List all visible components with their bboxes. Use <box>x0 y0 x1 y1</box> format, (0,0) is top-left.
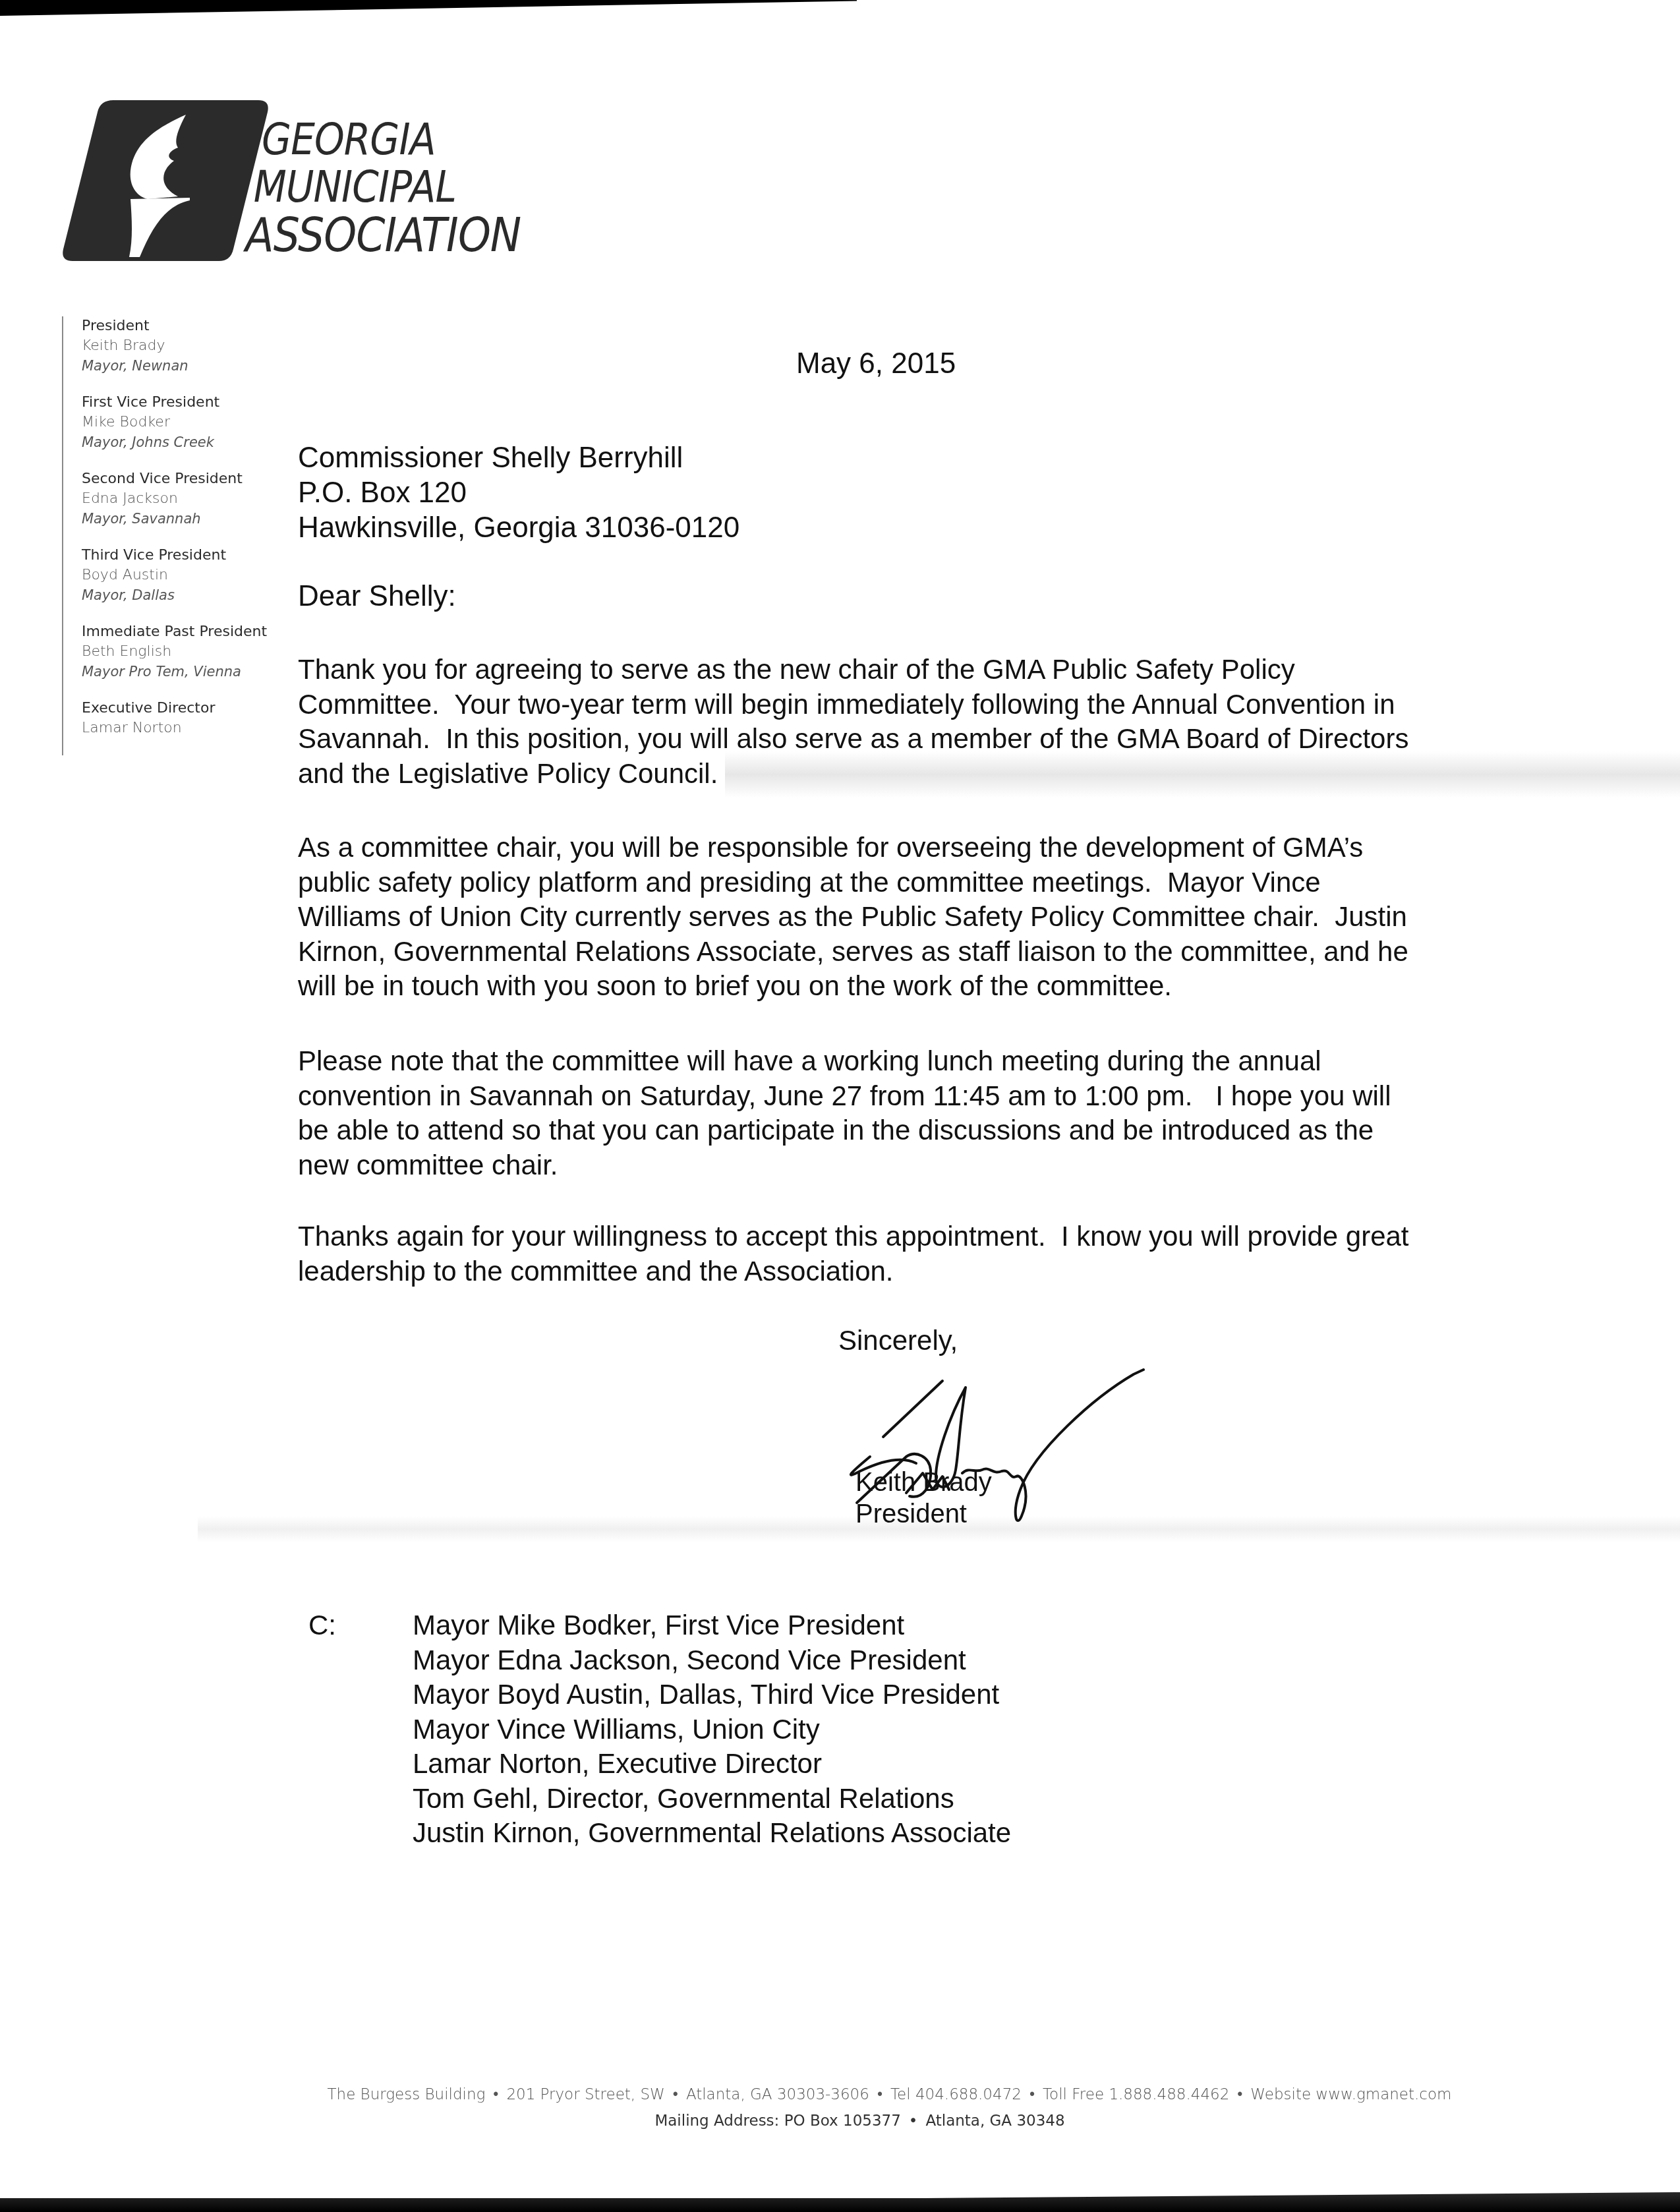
paragraph-line: Please note that the committee will have… <box>298 1044 1524 1079</box>
officer-name: Boyd Austin <box>82 566 306 585</box>
footer-street: 201 Pryor Street, SW <box>506 2086 664 2103</box>
footer-address-line: The Burgess Building•201 Pryor Street, S… <box>99 2081 1680 2108</box>
bullet-separator: • <box>1237 2086 1242 2103</box>
paragraph-line: be able to attend so that you can partic… <box>298 1113 1524 1148</box>
footer-phone: Tel 404.688.0472 <box>890 2086 1022 2103</box>
org-name-line: GEORGIA <box>262 116 521 163</box>
gma-logo: GEORGIA MUNICIPAL ASSOCIATION <box>61 100 548 265</box>
officer-title: Immediate Past President <box>82 622 306 642</box>
body-paragraph: Thanks again for your willingness to acc… <box>298 1219 1524 1289</box>
paragraph-line: convention in Savannah on Saturday, June… <box>298 1079 1524 1114</box>
cc-recipient: Mayor Boyd Austin, Dallas, Third Vice Pr… <box>413 1677 1011 1712</box>
officer-office: Mayor, Dallas <box>82 585 306 605</box>
paragraph-line: Committee. Your two-year term will begin… <box>298 687 1524 722</box>
letter-date: May 6, 2015 <box>796 347 956 380</box>
bullet-separator: • <box>909 2112 918 2130</box>
footer-mailing-city: Atlanta, GA 30348 <box>925 2112 1064 2130</box>
footer-website: Website www.gmanet.com <box>1250 2086 1451 2103</box>
officer-office: Mayor Pro Tem, Vienna <box>82 662 306 682</box>
torch-icon <box>61 100 272 265</box>
org-name-line: ASSOCIATION <box>245 211 521 258</box>
paragraph-line: Savannah. In this position, you will als… <box>298 722 1524 757</box>
paragraph-line: leadership to the committee and the Asso… <box>298 1254 1524 1289</box>
officer-name: Beth English <box>82 642 306 662</box>
officer-entry: First Vice President Mike Bodker Mayor, … <box>82 393 306 452</box>
cc-label: C: <box>308 1608 336 1643</box>
officer-office: Mayor, Newnan <box>82 356 306 376</box>
body-paragraph: Thank you for agreeing to serve as the n… <box>298 653 1524 791</box>
paragraph-line: and the Legislative Policy Council. <box>298 757 1524 792</box>
salutation: Dear Shelly: <box>298 580 456 613</box>
paragraph-line: Kirnon, Governmental Relations Associate… <box>298 935 1524 970</box>
footer-mailing-line: Mailing Address: PO Box 105377•Atlanta, … <box>40 2108 1680 2134</box>
body-paragraph: As a committee chair, you will be respon… <box>298 830 1524 1004</box>
cc-recipient: Mayor Edna Jackson, Second Vice Presiden… <box>413 1643 1011 1678</box>
recipient-line: P.O. Box 120 <box>298 475 739 510</box>
footer-mailing-address: Mailing Address: PO Box 105377 <box>654 2112 900 2130</box>
footer-toll-free: Toll Free 1.888.488.4462 <box>1043 2086 1229 2103</box>
scan-edge-top <box>0 0 857 16</box>
bullet-separator: • <box>1029 2086 1035 2103</box>
officer-entry: President Keith Brady Mayor, Newnan <box>82 316 306 376</box>
bullet-separator: • <box>877 2086 883 2103</box>
scan-edge-bottom <box>0 2192 1680 2212</box>
cc-recipient: Lamar Norton, Executive Director <box>413 1747 1011 1782</box>
footer-city: Atlanta, GA 30303-3606 <box>686 2086 869 2103</box>
org-name-line: MUNICIPAL <box>254 163 521 211</box>
officers-sidebar: President Keith Brady Mayor, Newnan Firs… <box>62 316 306 755</box>
officer-title: First Vice President <box>82 393 306 413</box>
officer-name: Keith Brady <box>82 336 306 356</box>
officer-name: Edna Jackson <box>82 489 306 509</box>
officer-title: Third Vice President <box>82 546 306 566</box>
closing: Sincerely, <box>838 1325 958 1356</box>
officer-office: Mayor, Savannah <box>82 509 306 529</box>
officer-office: Mayor, Johns Creek <box>82 432 306 452</box>
paragraph-line: Thanks again for your willingness to acc… <box>298 1219 1524 1254</box>
officer-entry: Immediate Past President Beth English Ma… <box>82 622 306 682</box>
paragraph-line: As a committee chair, you will be respon… <box>298 830 1524 865</box>
recipient-address: Commissioner Shelly Berryhill P.O. Box 1… <box>298 440 739 545</box>
officer-title: President <box>82 316 306 336</box>
paragraph-line: Williams of Union City currently serves … <box>298 900 1524 935</box>
body-paragraph: Please note that the committee will have… <box>298 1044 1524 1182</box>
recipient-line: Hawkinsville, Georgia 31036-0120 <box>298 510 739 545</box>
officer-title: Second Vice President <box>82 469 306 489</box>
cc-recipient: Justin Kirnon, Governmental Relations As… <box>413 1816 1011 1851</box>
bullet-separator: • <box>493 2086 498 2103</box>
cc-recipient: Mayor Mike Bodker, First Vice President <box>413 1608 1011 1643</box>
officer-entry: Third Vice President Boyd Austin Mayor, … <box>82 546 306 605</box>
signer-name: Keith Brady <box>855 1467 992 1498</box>
paragraph-line: will be in touch with you soon to brief … <box>298 969 1524 1004</box>
cc-recipient: Tom Gehl, Director, Governmental Relatio… <box>413 1782 1011 1817</box>
paragraph-line: public safety policy platform and presid… <box>298 865 1524 900</box>
officer-entry: Executive Director Lamar Norton <box>82 699 306 738</box>
cc-list: Mayor Mike Bodker, First Vice President … <box>413 1608 1011 1851</box>
cc-recipient: Mayor Vince Williams, Union City <box>413 1712 1011 1747</box>
officer-title: Executive Director <box>82 699 306 718</box>
paragraph-line: Thank you for agreeing to serve as the n… <box>298 653 1524 687</box>
paragraph-line: new committee chair. <box>298 1148 1524 1183</box>
org-name: GEORGIA MUNICIPAL ASSOCIATION <box>262 116 521 258</box>
recipient-line: Commissioner Shelly Berryhill <box>298 440 739 475</box>
officer-name: Mike Bodker <box>82 413 306 432</box>
signer-title: President <box>855 1499 967 1529</box>
officer-entry: Second Vice President Edna Jackson Mayor… <box>82 469 306 529</box>
footer-building: The Burgess Building <box>328 2086 486 2103</box>
officer-name: Lamar Norton <box>82 718 306 738</box>
letterhead-footer: The Burgess Building•201 Pryor Street, S… <box>0 2081 1680 2134</box>
bullet-separator: • <box>673 2086 678 2103</box>
